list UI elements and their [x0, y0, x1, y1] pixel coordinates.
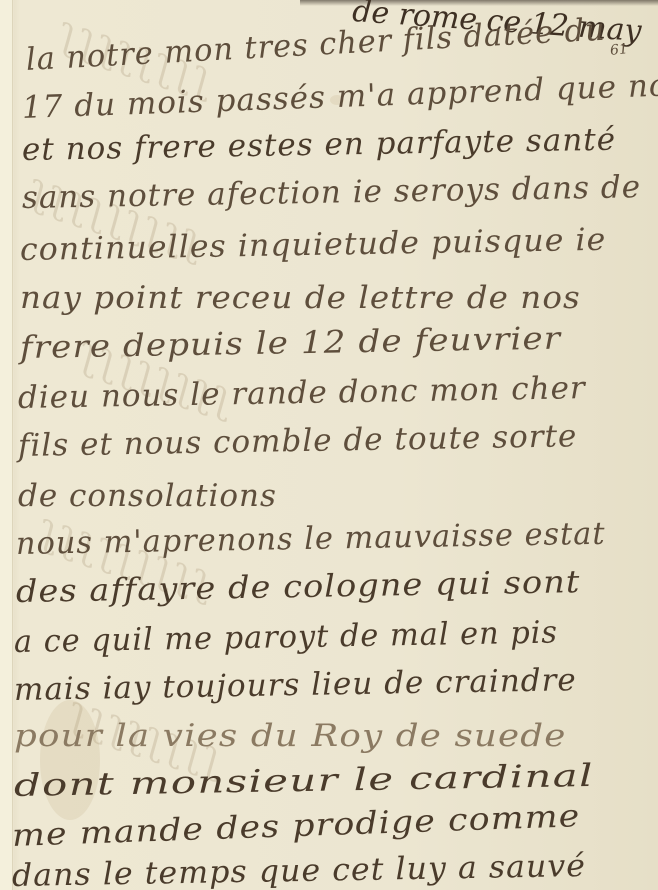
- letter-line: sans notre afection ie seroys dans de: [22, 169, 642, 216]
- letter-line: nous m'aprenons le mauvaisse estat: [16, 516, 606, 562]
- paper-left-edge: [0, 0, 13, 890]
- letter-line: et nos frere estes en parfayte santé: [22, 122, 617, 168]
- letter-line: dans le temps que cet luy a sauvé: [12, 848, 587, 890]
- letter-line: de consolations: [18, 478, 277, 514]
- letter-line: dieu nous le rande donc mon cher: [18, 370, 586, 416]
- letter-line: frere depuis le 12 de feuvrier: [20, 321, 562, 366]
- letter-line: la notre mon tres cher fils datée du: [25, 12, 606, 78]
- letter-line: nay point receu de lettre de nos: [20, 280, 581, 316]
- letter-line: pour la vies du Roy de suede: [14, 718, 566, 754]
- letter-line: fils et nous comble de toute sorte: [18, 418, 578, 464]
- letter-line: me mande des prodige comme: [11, 798, 581, 854]
- letter-line: dont monsieur le cardinal: [14, 758, 594, 804]
- margin-note: 61: [609, 41, 628, 59]
- letter-line: continuelles inquietude puisque ie: [20, 222, 607, 268]
- letter-line: des affayre de cologne qui sont: [16, 564, 581, 610]
- manuscript-page: ʃ ʃ ʃ ʃ ʃ ʃ ʃ ʃ ʃ ʃ ʃ ʃ ʃ ʃ ʃ ʃ ʃ ʃ ʃ ʃ …: [0, 0, 658, 890]
- letter-line: 17 du mois passés m'a apprend que nous: [21, 66, 658, 126]
- letter-line: mais iay toujours lieu de craindre: [14, 662, 577, 708]
- letter-line: a ce quil me paroyt de mal en pis: [14, 615, 559, 660]
